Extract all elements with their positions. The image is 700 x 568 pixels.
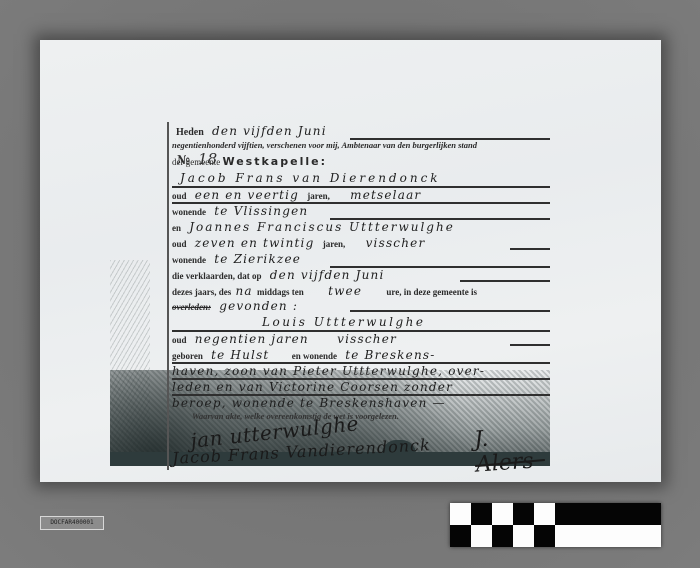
label: ure, in deze gemeente is: [386, 287, 477, 297]
label: dezes jaars, des: [172, 287, 231, 297]
margin-line: [167, 122, 169, 470]
signature-official: J. Alers: [473, 422, 551, 477]
handwritten-date: den vijfden Juni: [270, 268, 385, 282]
fill-rule: [350, 310, 550, 312]
fill-rule: [510, 344, 550, 346]
handwritten-name: Louis Uttterwulghe: [262, 315, 426, 329]
label: oud: [172, 335, 187, 345]
scale-bar-long: [555, 525, 661, 547]
handwritten-residence: te Vlissingen: [214, 204, 308, 218]
scale-bar-long: [555, 503, 661, 525]
label: die verklaarden, dat op: [172, 271, 262, 281]
scale-bar: [450, 503, 661, 547]
handwritten-age: negentien jaren: [195, 332, 309, 346]
handwritten-date: den vijfden Juni: [212, 124, 327, 138]
line-gemeente: der gemeente Westkapelle:: [172, 155, 550, 171]
line-time: dezes jaars, des na middags ten twee ure…: [172, 284, 550, 300]
fill-rule: [510, 248, 550, 250]
handwritten-age: een en veertig: [195, 188, 299, 202]
handwritten-text: haven, zoon van Pieter Uttterwulghe, ove…: [172, 364, 485, 378]
label: wonende: [172, 255, 206, 265]
line-parents-3: beroep, wonende te Breskenshaven —: [172, 396, 550, 412]
line-declarant2-age: oud zeven en twintig jaren, visscher: [172, 236, 550, 252]
scale-cell: [513, 503, 534, 525]
handwritten-age: zeven en twintig: [195, 236, 315, 250]
handwritten-text: leden en van Victorine Coorsen zonder: [172, 380, 453, 394]
label: geboren: [172, 351, 203, 361]
handwritten-residence: te Breskens-: [345, 348, 435, 362]
label: en wonende: [292, 351, 337, 361]
label: overleden:: [172, 302, 211, 312]
line-deceased-name: Louis Uttterwulghe: [172, 315, 550, 331]
label: negentienhonderd vijftien, verschenen vo…: [172, 140, 477, 150]
label: en: [172, 223, 181, 233]
label: der gemeente: [172, 157, 220, 167]
scale-cell: [534, 525, 555, 547]
scale-cell: [450, 525, 471, 547]
handwritten-status: gevonden :: [219, 299, 298, 313]
label: oud: [172, 239, 187, 249]
line-declared-date: die verklaarden, dat op den vijfden Juni: [172, 268, 550, 284]
handwritten-name: Jacob Frans van Dierendonck: [180, 171, 441, 185]
handwritten-occupation: visscher: [366, 236, 426, 250]
handwritten-text: beroep, wonende te Breskenshaven —: [172, 396, 446, 410]
scale-cell: [471, 503, 492, 525]
handwritten-name: Joannes Franciscus Uttterwulghe: [189, 220, 455, 234]
line-overleden: overleden: gevonden :: [172, 299, 550, 315]
archive-reference-label: DOCFAR400001: [40, 516, 104, 530]
scale-cell: [513, 525, 534, 547]
label: Heden: [176, 127, 204, 138]
handwritten-birthplace: te Hulst: [211, 348, 269, 362]
handwritten-period: na: [236, 284, 253, 298]
handwritten-occupation: metselaar: [350, 188, 421, 202]
scale-cell: [492, 525, 513, 547]
scale-cell: [450, 503, 471, 525]
scale-cell: [534, 503, 555, 525]
handwritten-hour: twee: [328, 284, 362, 298]
line-deceased-age: oud negentien jaren visscher: [172, 332, 550, 348]
handwritten-occupation: visscher: [337, 332, 397, 346]
label: jaren,: [307, 191, 330, 201]
scale-cell: [492, 503, 513, 525]
fill-rule: [460, 280, 550, 282]
scanned-paper: №18 Heden den vijfden Juni negentienhond…: [40, 40, 661, 482]
line-declarant2-name: en Joannes Franciscus Uttterwulghe: [172, 220, 550, 236]
label: oud: [172, 191, 187, 201]
label: jaren,: [323, 239, 346, 249]
place-name: Westkapelle:: [222, 155, 326, 168]
line-negentienhonderd: negentienhonderd vijftien, verschenen vo…: [172, 140, 550, 156]
document-scan: №18 Heden den vijfden Juni negentienhond…: [110, 80, 550, 466]
handwritten-residence: te Zierikzee: [214, 252, 301, 266]
label: wonende: [172, 207, 206, 217]
label: middags ten: [257, 287, 304, 297]
scale-cell: [471, 525, 492, 547]
line-declarant1-name: Jacob Frans van Dierendonck: [172, 171, 550, 187]
